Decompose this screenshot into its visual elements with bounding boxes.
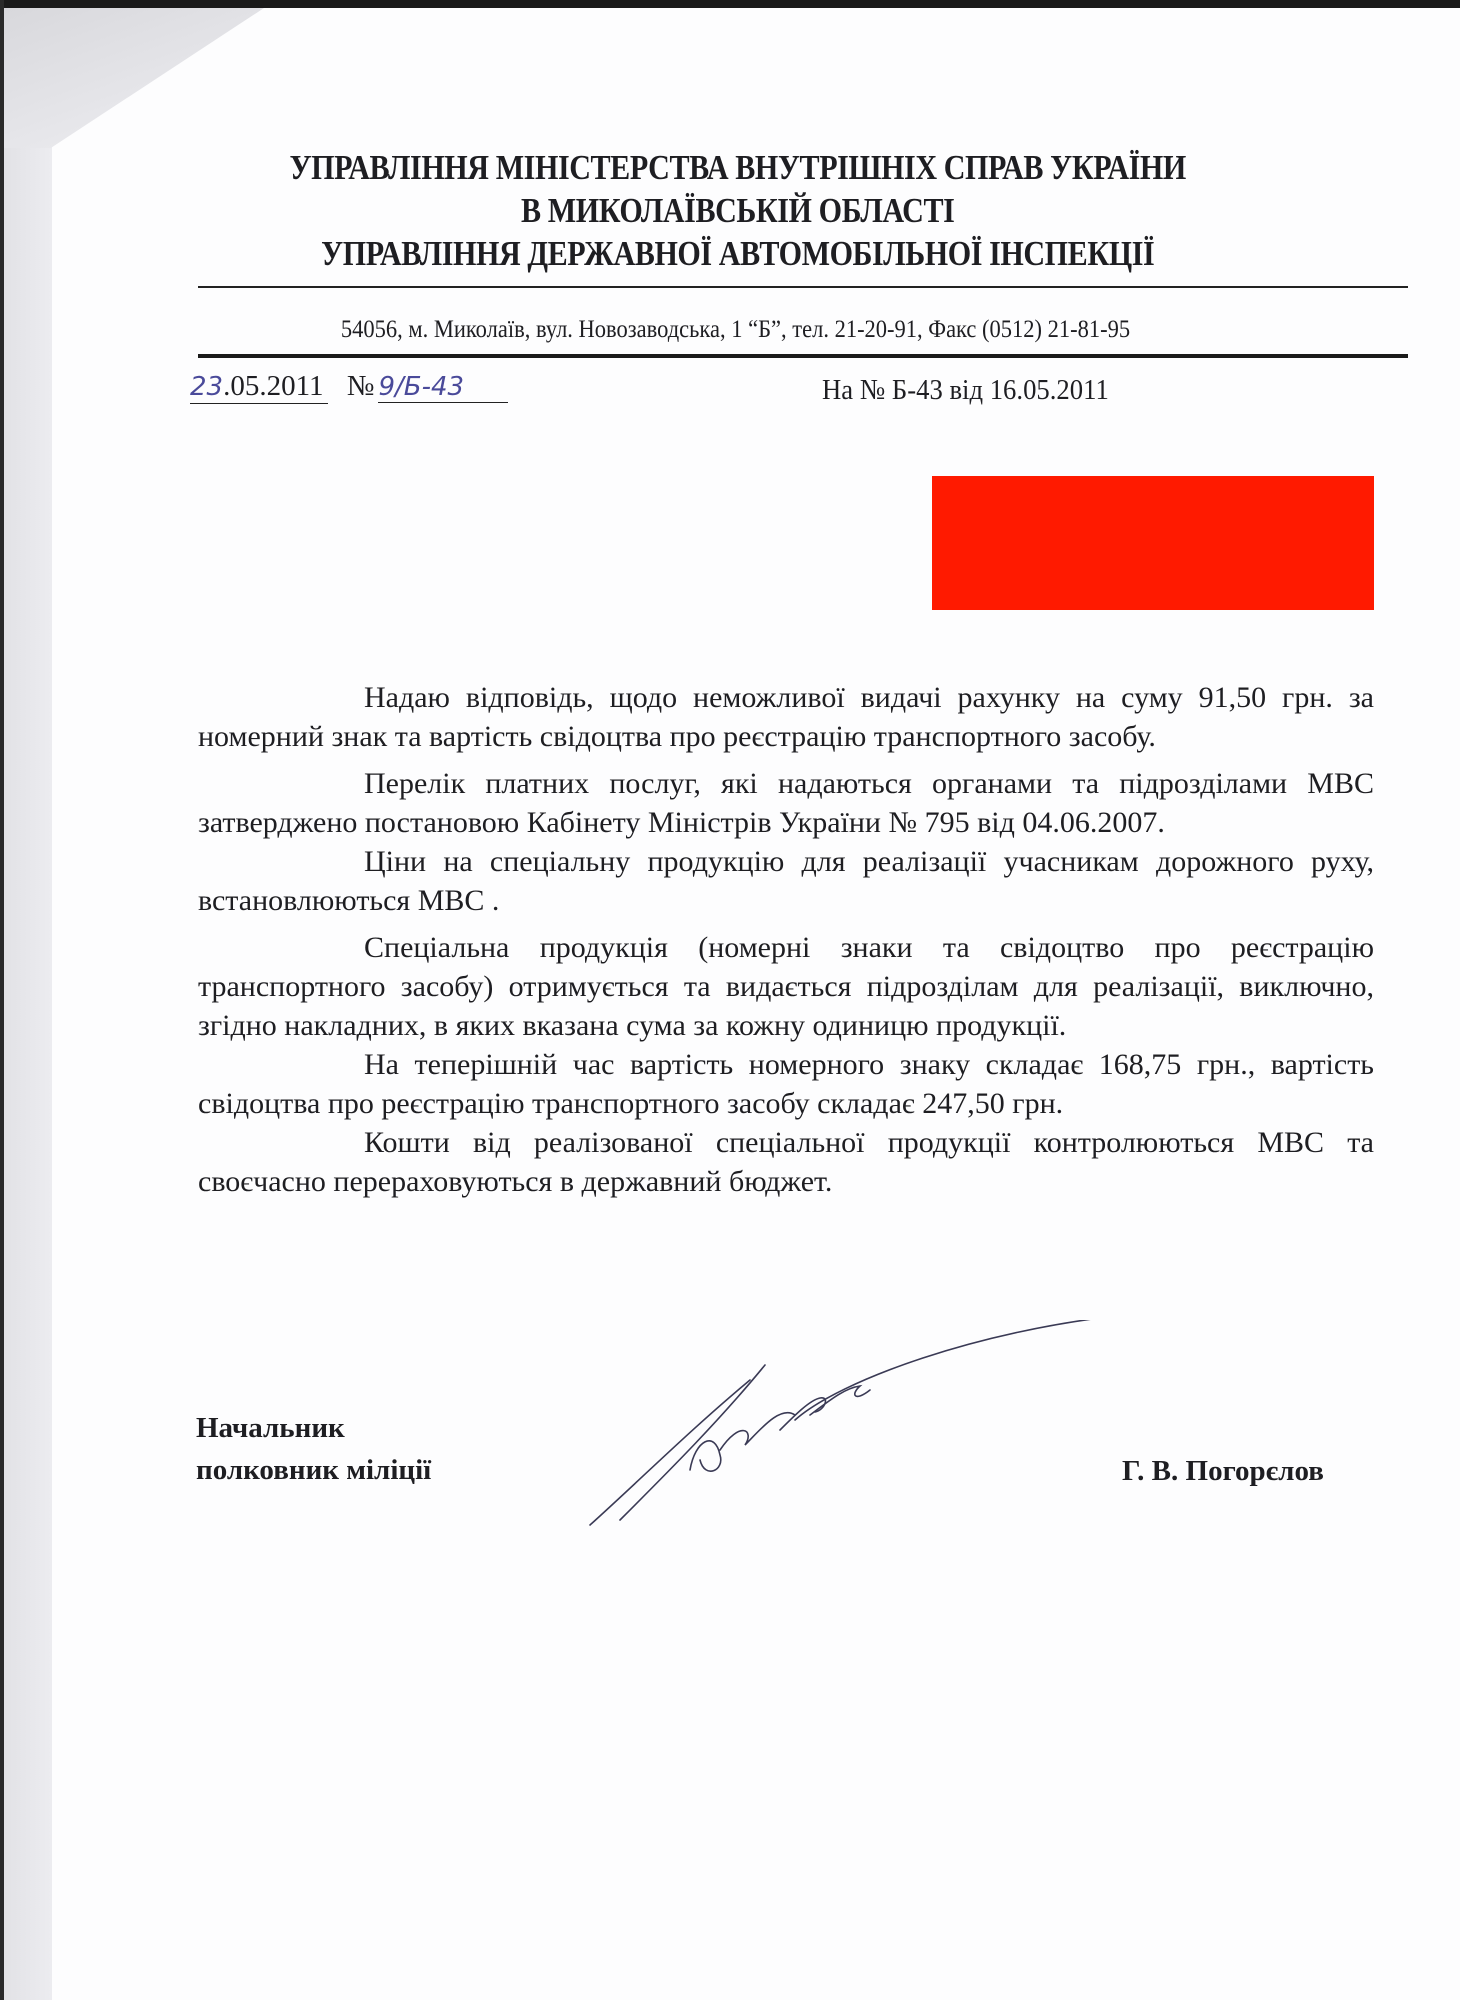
signer-title-line-1: Начальник	[196, 1407, 431, 1449]
signer-title: Начальник полковник міліції	[196, 1407, 431, 1491]
outgoing-date: 23.05.2011	[190, 370, 328, 404]
handwritten-day: 23	[190, 372, 223, 402]
number-sign: №	[347, 370, 375, 402]
signer-title-line-2: полковник міліції	[196, 1449, 431, 1491]
scanner-top-border	[0, 0, 1460, 8]
paragraph-4: Спеціальна продукція (номерні знаки та с…	[198, 928, 1374, 1045]
handwritten-outgoing-number: 9/Б-43	[378, 372, 508, 403]
signer-name: Г. В. Погорєлов	[1122, 1455, 1324, 1488]
paragraph-6: Кошти від реалізованої спеціальної проду…	[198, 1123, 1374, 1201]
paragraph-3: Ціни на спеціальну продукцію для реаліза…	[198, 842, 1374, 920]
letterhead-divider-thick	[198, 354, 1408, 358]
letterhead-line-1: УПРАВЛІННЯ МІНІСТЕРСТВА ВНУТРІШНІХ СПРАВ…	[110, 148, 1366, 188]
redaction-box	[932, 476, 1374, 610]
paragraph-2: Перелік платних послуг, які надаються ор…	[198, 764, 1374, 842]
paragraph-1: Надаю відповідь, щодо неможливої видачі …	[198, 678, 1374, 756]
letterhead-divider-thin	[198, 286, 1408, 288]
handwritten-signature-icon	[580, 1320, 1140, 1530]
letterhead-line-3: УПРАВЛІННЯ ДЕРЖАВНОЇ АВТОМОБІЛЬНОЇ ІНСПЕ…	[110, 234, 1366, 274]
letterhead-address: 54056, м. Миколаїв, вул. Новозаводська, …	[79, 316, 1393, 344]
letterhead-line-2: В МИКОЛАЇВСЬКІЙ ОБЛАСТІ	[110, 191, 1366, 231]
printed-month-year: .05.2011	[223, 370, 323, 402]
letter-body: Надаю відповідь, щодо неможливої видачі …	[198, 678, 1374, 1201]
reply-reference: На № Б-43 від 16.05.2011	[822, 374, 1109, 407]
outgoing-date-number: 23.05.2011 №9/Б-43	[190, 370, 508, 404]
scanner-margin-strip	[4, 8, 52, 2000]
paragraph-5: На теперішній час вартість номерного зна…	[198, 1045, 1374, 1123]
